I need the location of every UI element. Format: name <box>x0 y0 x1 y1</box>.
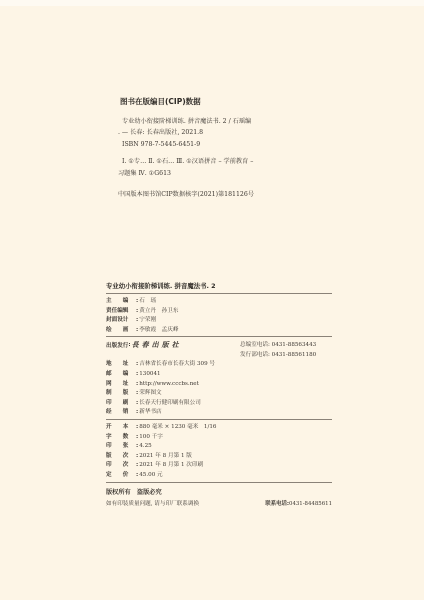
credit-row: 封面设计:宁荣刚 <box>106 316 332 326</box>
spec-row: 版 次:2021 年 8 月第 1 版 <box>106 452 332 462</box>
book-title: 专业幼小衔接阶梯训练. 拼音魔法书. 2 <box>106 280 332 292</box>
info-row: 邮 编:130041 <box>106 370 332 380</box>
cip-line: Ⅰ. ①专… Ⅱ. ①石… Ⅲ. ①汉语拼音 – 学前教育 – <box>118 156 348 168</box>
cip-title: 图书在版编目(CIP)数据 <box>120 96 348 108</box>
publisher-logo: 長春出版社 <box>132 340 182 350</box>
spec-row: 字 数:100 千字 <box>106 433 332 443</box>
publisher-row: 出版发行: 長春出版社 总编室电话: 0431-88563443 发行部电话: … <box>106 340 332 360</box>
spec-row: 印 张:4.25 <box>106 442 332 452</box>
cip-data-block: 图书在版编目(CIP)数据 专业幼小衔接阶梯训练. 拼音魔法书. 2 / 石瑶编… <box>118 96 348 201</box>
cip-line: 习题集 Ⅳ. ①G613 <box>118 168 348 180</box>
info-row: 网 址:http://www.cccbs.net <box>106 380 332 390</box>
spec-row: 印 次:2021 年 8 月第 1 次印刷 <box>106 461 332 471</box>
divider <box>106 419 332 420</box>
publisher-label: 出版发行 <box>106 341 128 349</box>
page-top-edge <box>0 0 424 6</box>
info-row: 地 址:吉林省长春市长春大街 309 号 <box>106 360 332 370</box>
info-row: 经 销:新华书店 <box>106 408 332 418</box>
credit-row: 主 编:石 瑶 <box>106 297 332 307</box>
cip-line: 中国版本图书馆CIP数据核字(2021)第181126号 <box>118 189 348 201</box>
cip-line: . — 长春: 长春出版社, 2021.8 <box>118 127 348 139</box>
website-link: http://www.cccbs.net <box>138 380 199 390</box>
cip-line: ISBN 978-7-5445-6451-9 <box>118 139 348 151</box>
copyright-notice: 版权所有 盗版必究 <box>106 487 332 496</box>
contact-phone: 0431-84485611 <box>289 501 332 507</box>
info-row: 印 刷:长春天行健印刷有限公司 <box>106 399 332 409</box>
divider <box>106 293 332 294</box>
spec-row: 开 本:880 毫米 × 1230 毫米 1/16 <box>106 423 332 433</box>
phone-editorial: 总编室电话: 0431-88563443 <box>240 340 332 350</box>
footer-row: 如有印装质量问题, 请与印厂联系调换 联系电话:0431-84485611 <box>106 499 332 507</box>
info-row: 制 版:荣辉图文 <box>106 389 332 399</box>
spec-row: 定 价:45.00 元 <box>106 471 332 481</box>
colophon: 专业幼小衔接阶梯训练. 拼音魔法书. 2 主 编:石 瑶 责任编辑:黄立丹 孙卫… <box>106 280 332 507</box>
contact-label: 联系电话: <box>265 501 289 507</box>
credit-row: 责任编辑:黄立丹 孙卫东 <box>106 307 332 317</box>
phone-distribution: 发行部电话: 0431-88561180 <box>240 350 332 360</box>
quality-notice: 如有印装质量问题, 请与印厂联系调换 <box>106 499 199 507</box>
divider <box>106 482 332 483</box>
credit-row: 绘 画:李敏霞 孟庆峰 <box>106 326 332 336</box>
divider <box>106 336 332 337</box>
cip-line: 专业幼小衔接阶梯训练. 拼音魔法书. 2 / 石瑶编 <box>118 116 348 128</box>
